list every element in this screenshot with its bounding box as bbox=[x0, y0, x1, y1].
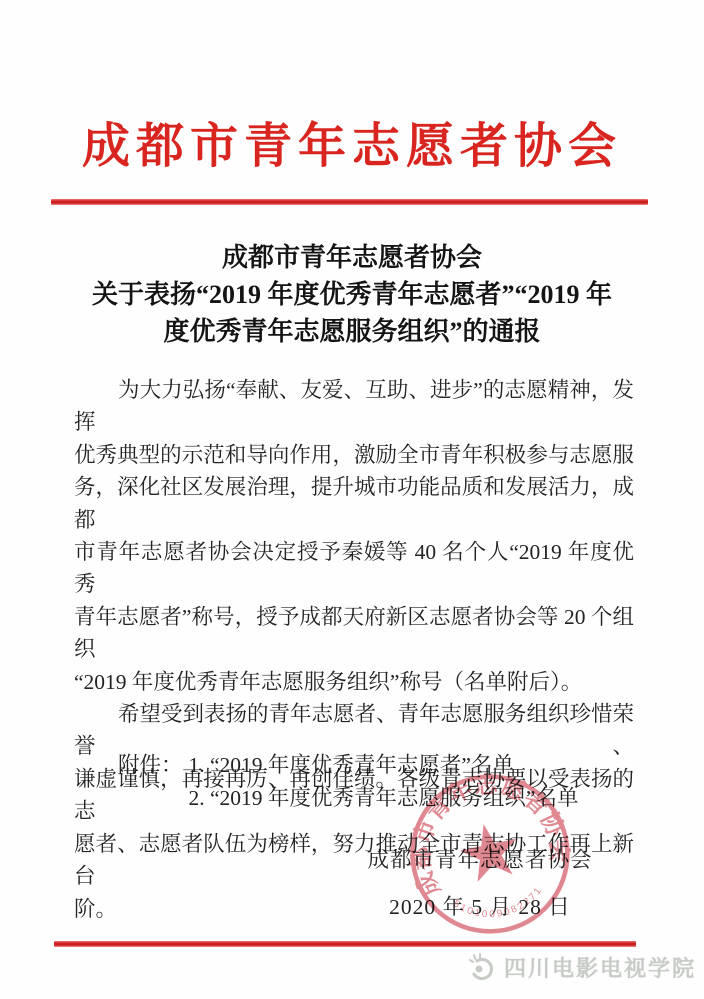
attachments-label: 附件： bbox=[118, 749, 183, 782]
signature-org: 成都市青年志愿者协会 bbox=[350, 843, 610, 874]
attachments-block: 附件： 1. “2019 年度优秀青年志愿者”名单2. “2019 年度优秀青年… bbox=[118, 749, 578, 815]
body-text-line: 优秀典型的示范和导向作用，激励全市青年积极参与志愿服 bbox=[74, 439, 634, 471]
footer: 四川电影电视学院 bbox=[0, 951, 696, 983]
body-text-line: 市青年志愿者协会决定授予秦媛等 40 名个人“2019 年度优秀 bbox=[74, 536, 634, 601]
document-title-line: 关于表扬“2019 年度优秀青年志愿者”“2019 年 bbox=[40, 276, 664, 313]
body-text-line: 务，深化社区发展治理，提升城市功能品质和发展活力，成都 bbox=[74, 471, 634, 536]
body-text-line: 为大力弘扬“奉献、友爱、互助、进步”的志愿精神，发挥 bbox=[74, 374, 634, 439]
document-page: 成都市青年志愿者协会 成都市青年志愿者协会关于表扬“2019 年度优秀青年志愿者… bbox=[0, 0, 704, 999]
document-title-line: 度优秀青年志愿服务组织”的通报 bbox=[40, 313, 664, 350]
attachments-list: 1. “2019 年度优秀青年志愿者”名单2. “2019 年度优秀青年志愿服务… bbox=[189, 749, 579, 815]
document-title: 成都市青年志愿者协会关于表扬“2019 年度优秀青年志愿者”“2019 年度优秀… bbox=[40, 239, 664, 350]
signature-date: 2020 年 5 月 28 日 bbox=[350, 890, 610, 921]
letterhead-divider bbox=[51, 199, 648, 205]
body-text-line: 青年志愿者”称号，授予成都天府新区志愿者协会等 20 个组织 bbox=[74, 601, 634, 666]
attachment-item: 2. “2019 年度优秀青年志愿服务组织”名单 bbox=[189, 782, 579, 815]
footer-watermark-text: 四川电影电视学院 bbox=[504, 952, 696, 983]
signature-block: 成都市青年志愿者协会 2020 年 5 月 28 日 bbox=[350, 843, 610, 921]
body-text-line: “2019 年度优秀青年志愿服务组织”称号（名单附后）。 bbox=[74, 666, 634, 698]
letterhead-title: 成都市青年志愿者协会 bbox=[0, 107, 704, 176]
footer-logo-icon bbox=[465, 951, 497, 983]
document-title-line: 成都市青年志愿者协会 bbox=[40, 239, 664, 276]
attachment-item: 1. “2019 年度优秀青年志愿者”名单 bbox=[189, 749, 579, 782]
footer-divider bbox=[54, 941, 636, 947]
